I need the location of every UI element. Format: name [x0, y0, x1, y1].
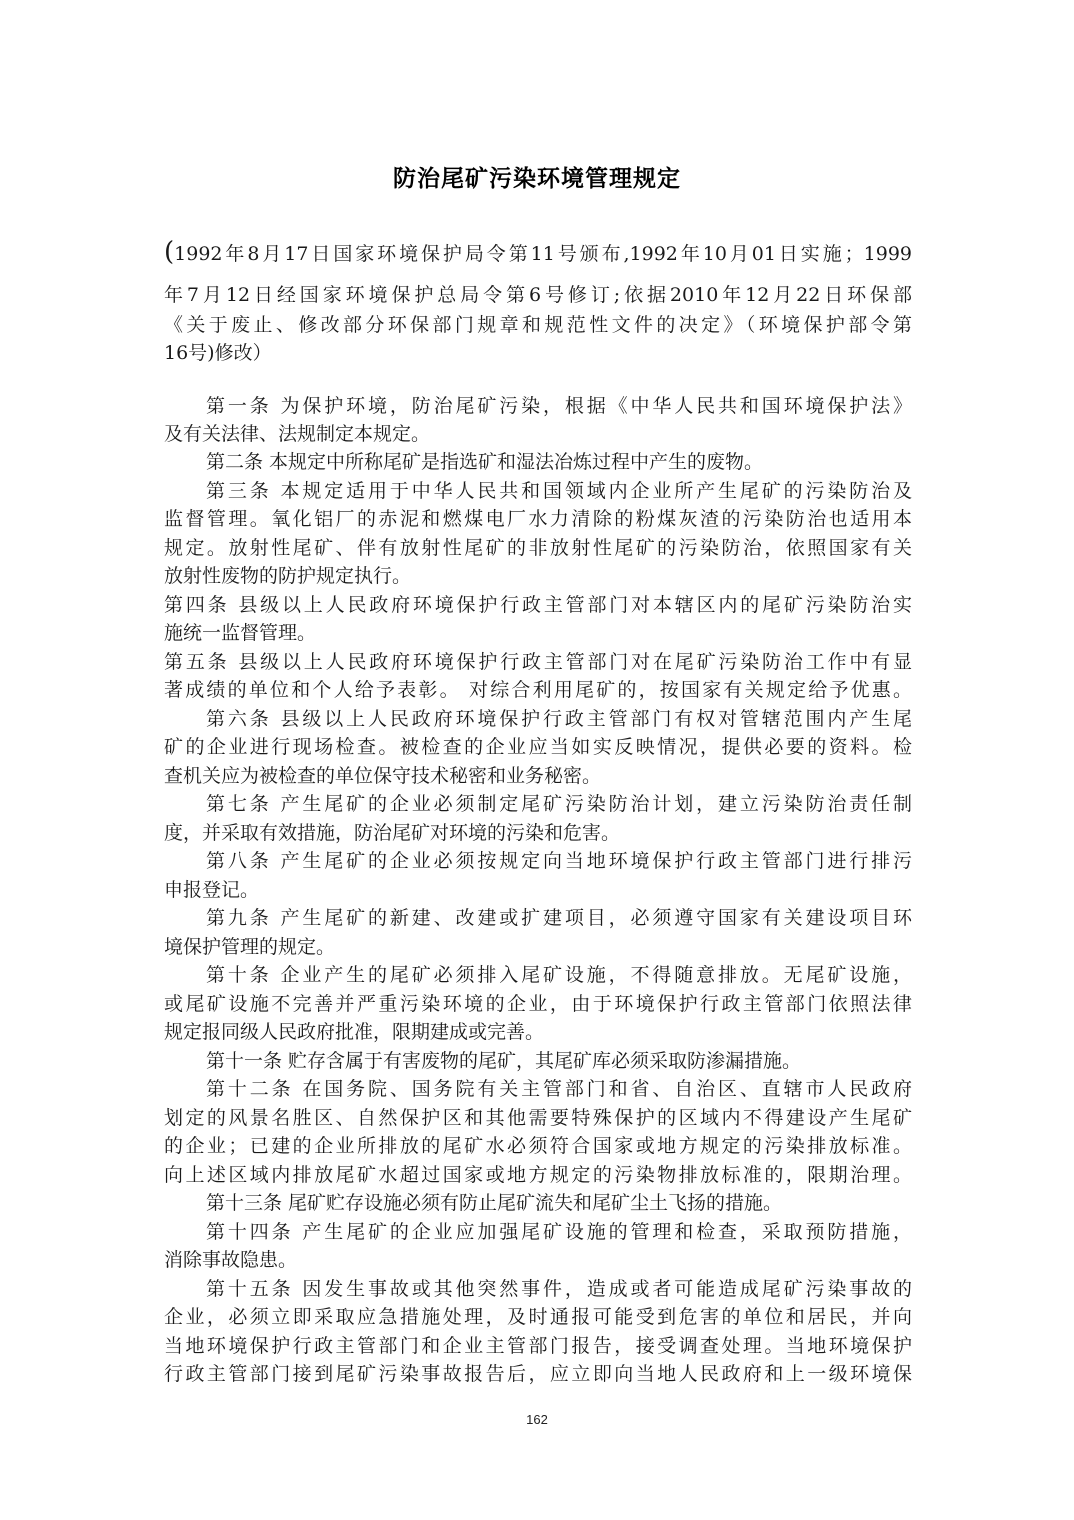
- article-12-line: 第十二条 在国务院、国务院有关主管部门和省、自治区、直辖市人民政府: [206, 1075, 912, 1103]
- article-8-line: 第八条 产生尾矿的企业必须按规定向当地环境保护行政主管部门进行排污: [206, 847, 912, 875]
- article-3-line: 第三条 本规定适用于中华人民共和国领域内企业所产生尾矿的污染防治及: [206, 477, 912, 505]
- article-6-line: 第六条 县级以上人民政府环境保护行政主管部门有权对管辖范围内产生尾: [206, 705, 912, 733]
- article-6-line: 查机关应为被检查的单位保守技术秘密和业务秘密。: [164, 762, 912, 790]
- article-6-line: 矿的企业进行现场检查。被检查的企业应当如实反映情况，提供必要的资料。检: [164, 733, 912, 761]
- article-14-line: 消除事故隐患。: [164, 1246, 912, 1274]
- article-10-line: 第十条 企业产生的尾矿必须排入尾矿设施，不得随意排放。无尾矿设施，: [206, 961, 912, 989]
- preamble-line: 《关于废止、修改部分环保部门规章和规范性文件的决定》（环境保护部令第: [164, 311, 912, 339]
- preamble-open-paren: (: [164, 237, 174, 267]
- article-3-line: 规定。放射性尾矿、伴有放射性尾矿的非放射性尾矿的污染防治，依照国家有关: [164, 534, 912, 562]
- article-8-line: 申报登记。: [164, 876, 912, 904]
- document-page: 防治尾矿污染环境管理规定 (1992年8月17日国家环境保护局令第11号颁布,1…: [0, 0, 1074, 1520]
- article-3-line: 放射性废物的防护规定执行。: [164, 562, 912, 590]
- preamble-line: (1992年8月17日国家环境保护局令第11号颁布,1992年10月01日实施；…: [164, 238, 912, 268]
- preamble-line: 年7月12日经国家环境保护总局令第6号修订;依据2010年12月22日环保部: [164, 281, 912, 309]
- article-7-line: 第七条 产生尾矿的企业必须制定尾矿污染防治计划，建立污染防治责任制: [206, 790, 912, 818]
- article-15-line: 企业，必须立即采取应急措施处理，及时通报可能受到危害的单位和居民，并向: [164, 1303, 912, 1331]
- article-9-line: 境保护管理的规定。: [164, 933, 912, 961]
- article-12-line: 向上述区域内排放尾矿水超过国家或地方规定的污染物排放标准的，限期治理。: [164, 1161, 912, 1189]
- article-12-line: 划定的风景名胜区、自然保护区和其他需要特殊保护的区域内不得建设产生尾矿: [164, 1104, 912, 1132]
- article-15-line: 第十五条 因发生事故或其他突然事件，造成或者可能造成尾矿污染事故的: [206, 1275, 912, 1303]
- article-2-line: 第二条 本规定中所称尾矿是指选矿和湿法冶炼过程中产生的废物。: [206, 448, 912, 476]
- article-15-line: 行政主管部门接到尾矿污染事故报告后，应立即向当地人民政府和上一级环境保: [164, 1360, 912, 1388]
- article-10-line: 或尾矿设施不完善并严重污染环境的企业，由于环境保护行政主管部门依照法律: [164, 990, 912, 1018]
- article-1-line: 及有关法律、法规制定本规定。: [164, 420, 912, 448]
- article-4-line: 第四条 县级以上人民政府环境保护行政主管部门对本辖区内的尾矿污染防治实: [164, 591, 912, 619]
- article-5-line: 第五条 县级以上人民政府环境保护行政主管部门对在尾矿污染防治工作中有显: [164, 648, 912, 676]
- article-4-line: 施统一监督管理。: [164, 619, 912, 647]
- preamble-text: 1992年8月17日国家环境保护局令第11号颁布,1992年10月01日实施；1…: [174, 243, 912, 265]
- article-9-line: 第九条 产生尾矿的新建、改建或扩建项目，必须遵守国家有关建设项目环: [206, 904, 912, 932]
- article-7-line: 度，并采取有效措施，防治尾矿对环境的污染和危害。: [164, 819, 912, 847]
- document-title: 防治尾矿污染环境管理规定: [0, 160, 1074, 193]
- article-1-line: 第一条 为保护环境，防治尾矿污染，根据《中华人民共和国环境保护法》: [206, 392, 912, 420]
- article-14-line: 第十四条 产生尾矿的企业应加强尾矿设施的管理和检查，采取预防措施，: [206, 1218, 912, 1246]
- article-3-line: 监督管理。氧化铝厂的赤泥和燃煤电厂水力清除的粉煤灰渣的污染防治也适用本: [164, 505, 912, 533]
- article-11-line: 第十一条 贮存含属于有害废物的尾矿，其尾矿库必须采取防渗漏措施。: [206, 1047, 912, 1075]
- article-13-line: 第十三条 尾矿贮存设施必须有防止尾矿流失和尾矿尘土飞扬的措施。: [206, 1189, 912, 1217]
- page-number: 162: [0, 1412, 1074, 1427]
- article-10-line: 规定报同级人民政府批准，限期建成或完善。: [164, 1018, 912, 1046]
- preamble-line: 16号)修改）: [164, 339, 912, 367]
- article-12-line: 的企业；已建的企业所排放的尾矿水必须符合国家或地方规定的污染排放标准。: [164, 1132, 912, 1160]
- article-5-line: 著成绩的单位和个人给予表彰。 对综合利用尾矿的，按国家有关规定给予优惠。: [164, 676, 912, 704]
- article-15-line: 当地环境保护行政主管部门和企业主管部门报告，接受调查处理。当地环境保护: [164, 1332, 912, 1360]
